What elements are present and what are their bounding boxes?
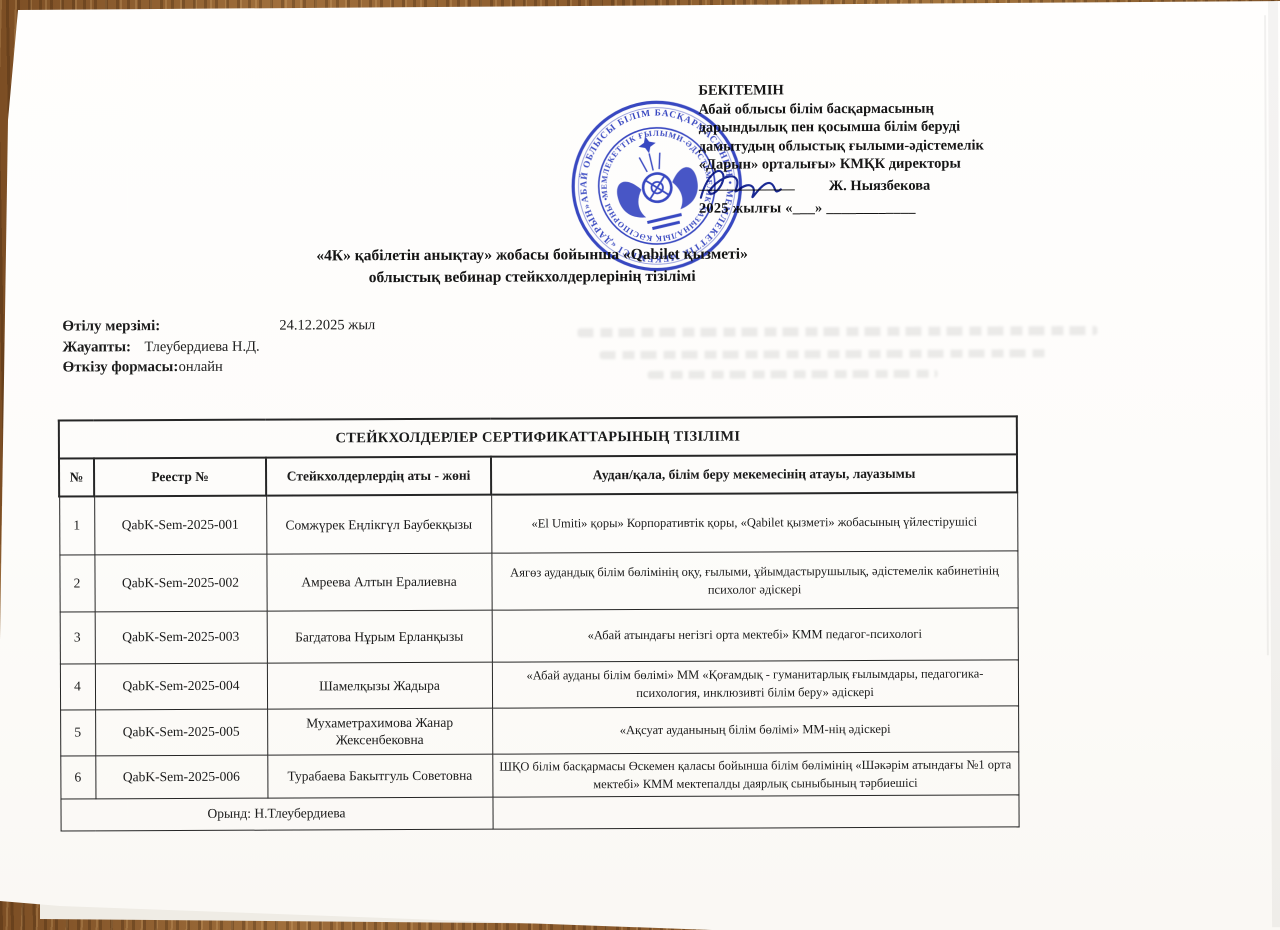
- table-row: 4QabK-Sem-2025-004Шамелқызы Жадыра«Абай …: [60, 659, 1018, 709]
- row-number-cell: 6: [60, 755, 95, 798]
- registry-number-cell: QabK-Sem-2025-004: [95, 663, 267, 710]
- row-number-cell: 4: [60, 663, 95, 709]
- institution-position-cell: «Абай ауданы білім бөлімі» ММ «Қоғамдық …: [492, 659, 1018, 707]
- institution-position-cell: Аягөз аудандық білім бөлімінің оқу, ғылы…: [491, 550, 1017, 609]
- row-number-cell: 2: [59, 554, 94, 611]
- registry-number-cell: QabK-Sem-2025-006: [95, 755, 267, 799]
- table-column-header: Реестр №: [94, 458, 266, 497]
- meta-value: 24.12.2025 жыл: [279, 317, 375, 334]
- meta-value: онлайн: [179, 359, 223, 376]
- table-row: 3QabK-Sem-2025-003Багдатова Нұрым Ерланқ…: [60, 607, 1018, 663]
- meta-label: Жауапты:: [62, 339, 144, 356]
- meta-row: Өтілу мерзімі:24.12.2025 жыл: [62, 317, 375, 339]
- page-edge-shading: [1268, 0, 1280, 927]
- signer-name: Ж. Ныязбекова: [829, 178, 931, 194]
- stakeholder-name-cell: Амреева Алтын Ералиевна: [266, 553, 491, 611]
- stakeholder-name-cell: Сомжүрек Еңлікгүл Баубекқызы: [266, 495, 491, 554]
- table-column-header: Аудан/қала, білім беру мекемесінің атауы…: [491, 454, 1017, 494]
- institution-position-cell: «El Umiti» қоры» Корпоративтік қоры, «Qa…: [491, 492, 1017, 552]
- stakeholder-name-cell: Шамелқызы Жадыра: [267, 662, 492, 709]
- document-title: «4К» қабілетін анықтау» жобасы бойынша «…: [57, 242, 1007, 290]
- meta-block: Өтілу мерзімі:24.12.2025 жылЖауапты:Тлеу…: [62, 317, 375, 380]
- document-title-line2: облыстық вебинар стейкхолдерлерінің тізі…: [57, 264, 1007, 290]
- institution-position-cell: «Ақсуат ауданының білім бөлімі» ММ-нің ә…: [492, 705, 1018, 753]
- table-footer-empty-cell: [492, 794, 1018, 828]
- meta-label: Өтілу мерзімі:: [62, 318, 279, 336]
- table-title: СТЕЙКХОЛДЕРЛЕР СЕРТИФИКАТТАРЫНЫҢ ТІЗІЛІМ…: [59, 416, 1017, 458]
- table-row: 6QabK-Sem-2025-006Турабаева Бакытгуль Со…: [60, 751, 1018, 798]
- meta-value: Тлеубердиева Н.Д.: [144, 338, 259, 356]
- registry-number-cell: QabK-Sem-2025-001: [94, 496, 266, 555]
- stakeholder-registry-table: СТЕЙКХОЛДЕРЛЕР СЕРТИФИКАТТАРЫНЫҢ ТІЗІЛІМ…: [58, 415, 1020, 831]
- stakeholder-name-cell: Багдатова Нұрым Ерланқызы: [267, 610, 492, 663]
- table-footer-executor: Орынд: Н.Тлеубердиева: [60, 797, 492, 831]
- bleed-through-ghost-text: [600, 349, 1050, 359]
- meta-label: Өткізу формасы:: [63, 359, 179, 377]
- registry-number-cell: QabK-Sem-2025-002: [94, 554, 266, 612]
- registry-number-cell: QabK-Sem-2025-005: [95, 709, 267, 756]
- bleed-through-ghost-text: [648, 370, 938, 379]
- row-number-cell: 1: [59, 496, 94, 554]
- table-row: 1QabK-Sem-2025-001Сомжүрек Еңлікгүл Бауб…: [59, 492, 1017, 554]
- handwritten-signature: [693, 161, 823, 208]
- row-number-cell: 5: [60, 709, 95, 755]
- bleed-through-ghost-text: [577, 326, 1097, 337]
- registry-number-cell: QabK-Sem-2025-003: [95, 611, 267, 664]
- table-column-header: №: [59, 458, 94, 496]
- institution-position-cell: «Абай атындағы негізгі орта мектебі» КММ…: [492, 607, 1018, 661]
- stakeholder-name-cell: Турабаева Бакытгуль Советовна: [267, 754, 492, 798]
- institution-position-cell: ШҚО білім басқармасы Өскемен қаласы бойы…: [492, 751, 1018, 796]
- table-row: 5QabK-Sem-2025-005Мухаметрахимова Жанар …: [60, 705, 1018, 755]
- row-number-cell: 3: [60, 611, 95, 663]
- stakeholder-name-cell: Мухаметрахимова Жанар Жексенбековна: [267, 708, 492, 755]
- document-content: БЕКІТЕМІН Абай облысы білім басқармасыны…: [0, 0, 1280, 930]
- meta-row: Өткізу формасы:онлайн: [63, 358, 376, 380]
- meta-row: Жауапты:Тлеубердиева Н.Д.: [62, 338, 375, 360]
- table-row: 2QabK-Sem-2025-002Амреева Алтын Ералиевн…: [59, 550, 1017, 611]
- table-column-header: Стейкхолдерлердің аты - жөні: [266, 457, 491, 496]
